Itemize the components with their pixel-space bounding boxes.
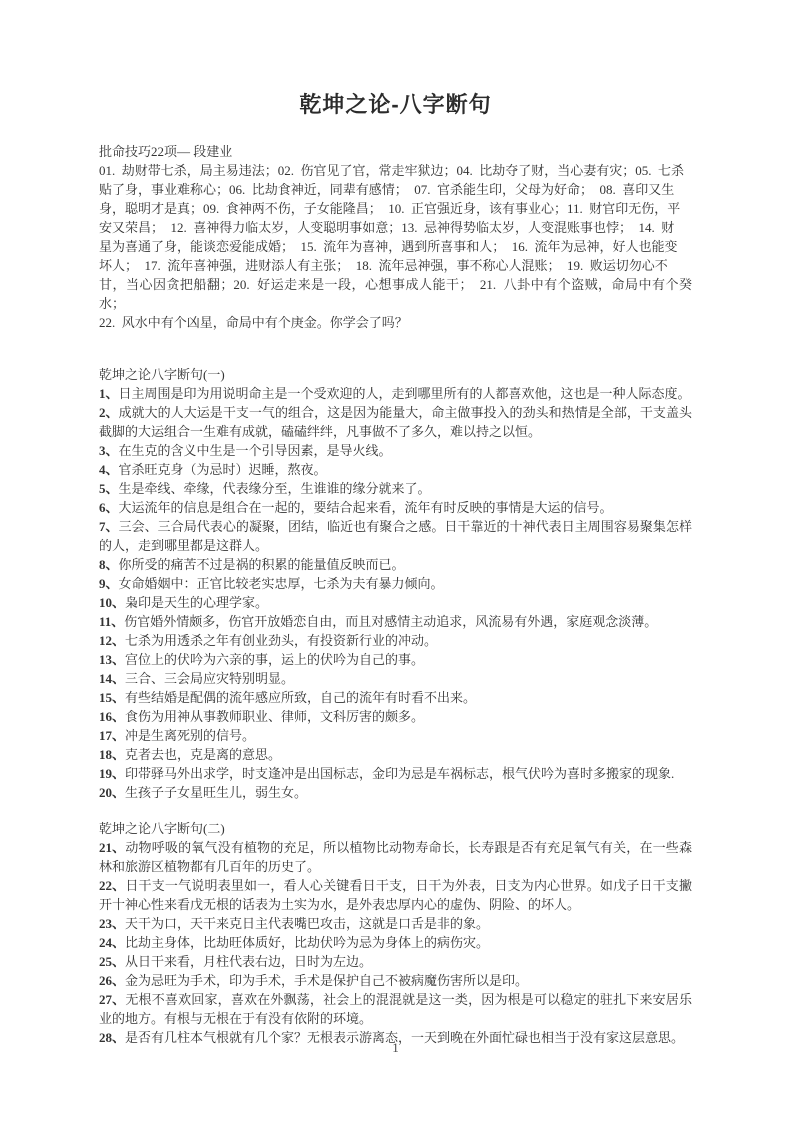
intro-heading: 批命技巧22项— 段建业 [99,142,692,161]
item-number: 23、 [99,916,125,931]
item-text: 日干支一气说明表里如一，看人心关键看日干支，日干为外表，日支为内心世界。如戊子日… [99,878,692,912]
item-number: 2、 [99,405,119,420]
item-number: 27、 [99,992,125,1007]
item-text: 生是牵线、牵缘，代表缘分至，生谁谁的缘分就来了。 [119,481,431,496]
list-item: 8、你所受的痛苦不过是祸的积累的能量值反映而已。 [99,555,692,574]
item-text: 金为忌旺为手术，印为手术，手术是保护自己不被病魔伤害所以是印。 [125,973,528,988]
document-title: 乾坤之论-八字断句 [99,92,692,118]
item-number: 10、 [99,595,125,610]
section-one: 乾坤之论八字断句(一) 1、日主周围是印为用说明命主是一个受欢迎的人，走到哪里所… [99,365,692,802]
intro-paragraph-line: 贴了身，事业难称心；06. 比劫食神近，同辈有感情； 07. 官杀能生印，父母为… [99,180,692,199]
item-text: 枭印是天生的心理学家。 [125,595,268,610]
list-item: 20、生孩子子女星旺生儿，弱生女。 [99,783,692,802]
list-item: 1、日主周围是印为用说明命主是一个受欢迎的人，走到哪里所有的人都喜欢他，这也是一… [99,384,692,403]
item-number: 24、 [99,935,125,950]
item-text: 官杀旺克身（为忌时）迟睡，熬夜。 [119,462,327,477]
item-text: 比劫主身体，比劫旺体质好，比劫伏吟为忌为身体上的病伤灾。 [125,935,489,950]
item-number: 13、 [99,652,125,667]
list-item: 15、有些结婚是配偶的流年感应所致，自己的流年有时看不出来。 [99,688,692,707]
item-number: 16、 [99,709,125,724]
item-number: 3、 [99,443,119,458]
list-item: 19、印带驿马外出求学，时支逢冲是出国标志，金印为忌是车祸标志，根气伏吟为喜时多… [99,764,692,783]
list-item: 12、七杀为用透杀之年有创业劲头，有投资新行业的冲动。 [99,631,692,650]
intro-paragraph-line: 甘，当心因贪把船翻；20. 好运走来是一段，心想事成人能干； 21. 八卦中有个… [99,275,692,313]
item-text: 有些结婚是配偶的流年感应所致，自己的流年有时看不出来。 [125,690,476,705]
list-item: 9、女命婚姻中：正官比较老实忠厚，七杀为夫有暴力倾向。 [99,574,692,593]
page-number-footer: 1 [0,1038,791,1057]
list-item: 10、枭印是天生的心理学家。 [99,593,692,612]
list-item: 5、生是牵线、牵缘，代表缘分至，生谁谁的缘分就来了。 [99,479,692,498]
list-item: 6、大运流年的信息是组合在一起的，要结合起来看，流年有时反映的事情是大运的信号。 [99,498,692,517]
item-text: 冲是生离死别的信号。 [125,728,255,743]
item-number: 15、 [99,690,125,705]
section-two: 乾坤之论八字断句(二) 21、动物呼吸的氧气没有植物的充足，所以植物比动物寿命长… [99,819,692,1047]
item-number: 8、 [99,557,119,572]
item-number: 11、 [99,614,124,629]
item-text: 无根不喜欢回家，喜欢在外飘荡，社会上的混混就是这一类，因为根是可以稳定的驻扎下来… [99,992,692,1026]
document-content: 乾坤之论-八字断句 批命技巧22项— 段建业 01. 劫财带七杀，局主易违法；0… [0,0,791,1047]
intro-paragraph-line: 星为喜通了身，能谈恋爱能成婚； 15. 流年为喜神，遇到所喜事和人； 16. 流… [99,237,692,256]
item-number: 18、 [99,747,125,762]
item-number: 21、 [99,840,125,855]
item-number: 4、 [99,462,119,477]
item-text: 伤官婚外情颇多，伤官开放婚恋自由，而且对感情主动追求，风流易有外遇，家庭观念淡薄… [124,614,657,629]
item-number: 5、 [99,481,119,496]
item-text: 生孩子子女星旺生儿，弱生女。 [125,785,307,800]
item-number: 12、 [99,633,125,648]
section-one-heading: 乾坤之论八字断句(一) [99,365,692,384]
list-item: 21、动物呼吸的氧气没有植物的充足，所以植物比动物寿命长，长寿跟是否有充足氧气有… [99,838,692,876]
intro-paragraph-line: 22. 风水中有个凶星，命局中有个庚金。你学会了吗？ [99,313,692,332]
intro-paragraph-line: 01. 劫财带七杀，局主易违法；02. 伤官见了官，常走牢狱边；04. 比劫夺了… [99,161,692,180]
list-item: 13、宫位上的伏吟为六亲的事，运上的伏吟为自己的事。 [99,650,692,669]
item-text: 大运流年的信息是组合在一起的，要结合起来看，流年有时反映的事情是大运的信号。 [119,500,613,515]
item-number: 6、 [99,500,119,515]
list-item: 25、从日干来看，月柱代表右边，日时为左边。 [99,952,692,971]
list-item: 3、在生克的含义中生是一个引导因素，是导火线。 [99,441,692,460]
item-text: 动物呼吸的氧气没有植物的充足，所以植物比动物寿命长，长寿跟是否有充足氧气有关，在… [99,840,692,874]
list-item: 7、三会、三合局代表心的凝聚，团结，临近也有聚合之感。日干靠近的十神代表日主周围… [99,517,692,555]
item-text: 日主周围是印为用说明命主是一个受欢迎的人，走到哪里所有的人都喜欢他，这也是一种人… [119,386,691,401]
item-text: 成就大的人大运是干支一气的组合，这是因为能量大，命主做事投入的劲头和热情是全部，… [99,405,692,439]
item-text: 食伤为用神从事教师职业、律师，文科厉害的颇多。 [125,709,424,724]
item-number: 9、 [99,576,119,591]
list-item: 17、冲是生离死别的信号。 [99,726,692,745]
list-item: 26、金为忌旺为手术，印为手术，手术是保护自己不被病魔伤害所以是印。 [99,971,692,990]
list-item: 22、日干支一气说明表里如一，看人心关键看日干支，日干为外表，日支为内心世界。如… [99,876,692,914]
item-text: 七杀为用透杀之年有创业劲头，有投资新行业的冲动。 [125,633,437,648]
item-text: 宫位上的伏吟为六亲的事，运上的伏吟为自己的事。 [125,652,424,667]
item-number: 25、 [99,954,125,969]
item-text: 印带驿马外出求学，时支逢冲是出国标志，金印为忌是车祸标志，根气伏吟为喜时多搬家的… [125,766,674,781]
item-text: 克者去也，克是离的意思。 [125,747,281,762]
intro-block: 批命技巧22项— 段建业 01. 劫财带七杀，局主易违法；02. 伤官见了官，常… [99,142,692,332]
item-text: 女命婚姻中：正官比较老实忠厚，七杀为夫有暴力倾向。 [119,576,444,591]
document-page: 乾坤之论-八字断句 批命技巧22项— 段建业 01. 劫财带七杀，局主易违法；0… [0,0,791,1122]
intro-paragraph-line: 身，聪明才是真；09. 食神两不伤，子女能隆昌； 10. 正官强近身，该有事业心… [99,199,692,218]
intro-paragraph-line: 安又荣昌； 12. 喜神得力临太岁，人变聪明事如意；13. 忌神得势临太岁，人变… [99,218,692,237]
item-number: 22、 [99,878,125,893]
list-item: 27、无根不喜欢回家，喜欢在外飘荡，社会上的混混就是这一类，因为根是可以稳定的驻… [99,990,692,1028]
list-item: 16、食伤为用神从事教师职业、律师，文科厉害的颇多。 [99,707,692,726]
list-item: 24、比劫主身体，比劫旺体质好，比劫伏吟为忌为身体上的病伤灾。 [99,933,692,952]
list-item: 2、成就大的人大运是干支一气的组合，这是因为能量大，命主做事投入的劲头和热情是全… [99,403,692,441]
item-text: 三合、三会局应灾特别明显。 [125,671,294,686]
item-number: 26、 [99,973,125,988]
item-number: 1、 [99,386,119,401]
list-item: 11、伤官婚外情颇多，伤官开放婚恋自由，而且对感情主动追求，风流易有外遇，家庭观… [99,612,692,631]
item-number: 17、 [99,728,125,743]
item-text: 三会、三合局代表心的凝聚，团结，临近也有聚合之感。日干靠近的十神代表日主周围容易… [99,519,692,553]
list-item: 14、三合、三会局应灾特别明显。 [99,669,692,688]
list-item: 23、天干为口，天干来克日主代表嘴巴攻击，这就是口舌是非的象。 [99,914,692,933]
item-number: 7、 [99,519,119,534]
item-text: 在生克的含义中生是一个引导因素，是导火线。 [119,443,392,458]
item-text: 天干为口，天干来克日主代表嘴巴攻击，这就是口舌是非的象。 [125,916,489,931]
list-item: 18、克者去也，克是离的意思。 [99,745,692,764]
item-text: 从日干来看，月柱代表右边，日时为左边。 [125,954,372,969]
list-item: 4、官杀旺克身（为忌时）迟睡，熬夜。 [99,460,692,479]
item-number: 14、 [99,671,125,686]
item-text: 你所受的痛苦不过是祸的积累的能量值反映而已。 [119,557,405,572]
item-number: 20、 [99,785,125,800]
intro-paragraph-line: 坏人； 17. 流年喜神强，进财添人有主张； 18. 流年忌神强，事不称心人混账… [99,256,692,275]
item-number: 19、 [99,766,125,781]
section-two-heading: 乾坤之论八字断句(二) [99,819,692,838]
